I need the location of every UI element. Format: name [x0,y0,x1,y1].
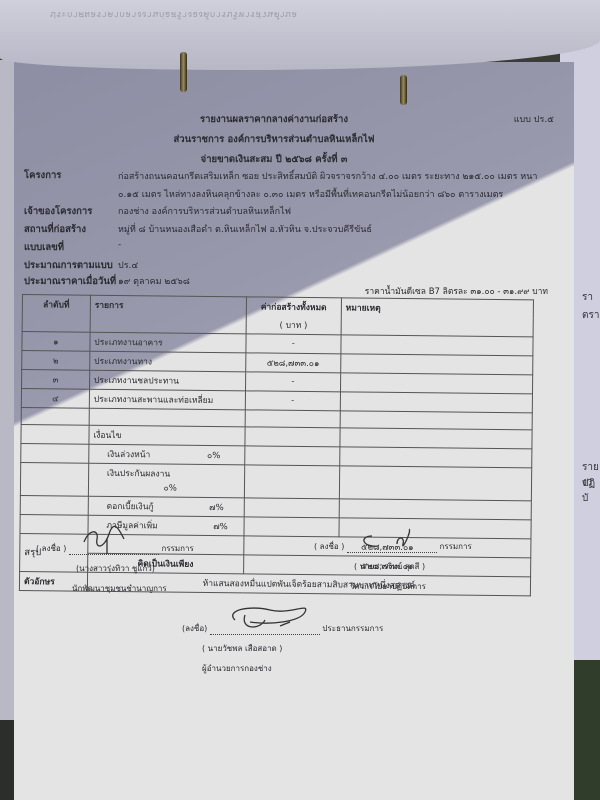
row-note [340,354,532,375]
peek-text: ตรา [582,308,599,323]
info-value: - [118,240,558,250]
row-note [340,392,532,413]
sign-role: กรรมการ [439,542,471,551]
condition-pct: ๐% [107,480,177,495]
info-label: เจ้าของโครงการ [24,204,92,219]
row-item: ประเภทงานอาคาร [90,332,246,353]
row-amount: - [245,391,340,411]
row-amount: - [245,372,340,392]
peek-text: รา [582,290,593,305]
budget-line: จ่ายขาดเงินสะสม ปี ๒๕๖๘ ครั้งที่ ๓ [14,152,554,167]
info-value: ก่อสร้างถนนคอนกรีตเสริมเหล็ก ซอย ประสิทธ… [118,168,558,204]
info-label: โครงการ [24,168,61,183]
condition-label: ดอกเบี้ยเงินกู้ [107,502,154,512]
peek-text: ปฏิบั [582,476,600,506]
condition-label: เงินล่วงหน้า [107,450,150,460]
condition-pct: ๐% [150,447,220,462]
row-no: ๔ [21,389,89,409]
row-item: ประเภทงานชลประทาน [89,370,245,391]
pin-icon [180,52,187,92]
signature-line [210,625,320,635]
condition-pct: ๗% [154,499,224,514]
row-no: ๓ [22,370,90,390]
row-note [341,335,533,356]
info-label: แบบเลขที่ [24,240,64,255]
condition-row: เงินประกันผลงาน๐% [20,462,531,500]
sign-prefix: ( ลงชื่อ ) [36,544,66,553]
header-amount-unit: ( บาท ) [246,315,341,334]
conditions-title: เงื่อนไข [89,425,245,446]
signer-position: นักพัฒนาชุมชนชำนาญการ [72,582,194,595]
signer-position: วิศวกรโยธาปฏิบัติการ [350,580,472,593]
sign-role: ประธานกรรมการ [322,624,383,633]
row-no: ๑ [22,332,90,352]
row-note [340,373,532,394]
signer-name: ( นายวัชพล เสือสอาด ) [202,642,383,655]
info-label: ประมาณการตามแบบ [24,258,113,273]
signature-line [347,543,437,553]
header-item: รายการ [90,295,246,334]
signer-position: ผู้อำนวยการกองช่าง [202,662,383,675]
pin-icon [400,75,407,105]
signature-block-2: ( ลงชื่อ ) กรรมการ ( นายยารวิทย์ สุกสี )… [314,540,472,593]
header-no: ลำดับที่ [22,295,90,333]
info-value: ปร.๔ [118,258,558,272]
diesel-price-note: ราคาน้ำมันดีเซล B7 ลิตรละ ๓๑.๐๐ - ๓๑.๙๙ … [365,284,548,298]
signature-block-1: ( ลงชื่อ ) กรรมการ (นางสาวรุ่งทิวา ชูแก้… [36,542,194,595]
info-label: ประมาณราคาเมื่อวันที่ [24,274,116,289]
signer-name: (นางสาวรุ่งทิวา ชูแก้ว) [76,562,194,575]
row-item: ประเภทงานสะพานและท่อเหลี่ยม [89,389,245,410]
row-no: ๒ [22,351,90,371]
sign-role: กรรมการ [161,544,193,553]
row-item: ประเภทงานทาง [90,351,246,372]
mirrored-text: ประกาศผลราคากลางงานก่อสร้างองค์การบริหาร… [50,8,297,22]
header-amount: ค่าก่อสร้างทั้งหมด [246,297,341,316]
row-amount: ๕๒๘,๗๓๓.๐๑ [246,353,341,373]
header-note: หมายเหตุ [341,298,534,337]
document-title: รายงานผลราคากลางค่างานก่อสร้าง [14,112,554,127]
document-page: แบบ ปร.๕ รายงานผลราคากลางค่างานก่อสร้าง … [14,62,574,800]
row-amount: - [246,334,341,354]
info-value: หมู่ที่ ๘ บ้านหนองเสือดำ ต.หินเหล็กไฟ อ.… [118,222,558,236]
folded-top-sheet: ประกาศผลราคากลางงานก่อสร้างองค์การบริหาร… [0,0,600,70]
condition-pct: ๗% [158,518,228,533]
signer-name: ( นายยารวิทย์ สุกสี ) [354,560,472,573]
agency-line: ส่วนราชการ องค์การบริหารส่วนตำบลหินเหล็ก… [14,132,554,147]
signature-line [69,545,159,555]
signature-icon [79,524,139,554]
sign-prefix: ( ลงชื่อ ) [314,542,344,551]
info-label: สถานที่ก่อสร้าง [24,222,86,237]
info-value: กองช่าง องค์การบริหารส่วนตำบลหินเหล็กไฟ [118,204,558,218]
sign-prefix: (ลงชื่อ) [182,624,207,633]
condition-label: เงินประกันผลงาน [107,469,170,480]
signature-icon [357,526,427,552]
signature-icon [220,600,320,634]
signature-block-chair: (ลงชื่อ) ประธานกรรมการ ( นายวัชพล เสือสอ… [182,622,383,675]
